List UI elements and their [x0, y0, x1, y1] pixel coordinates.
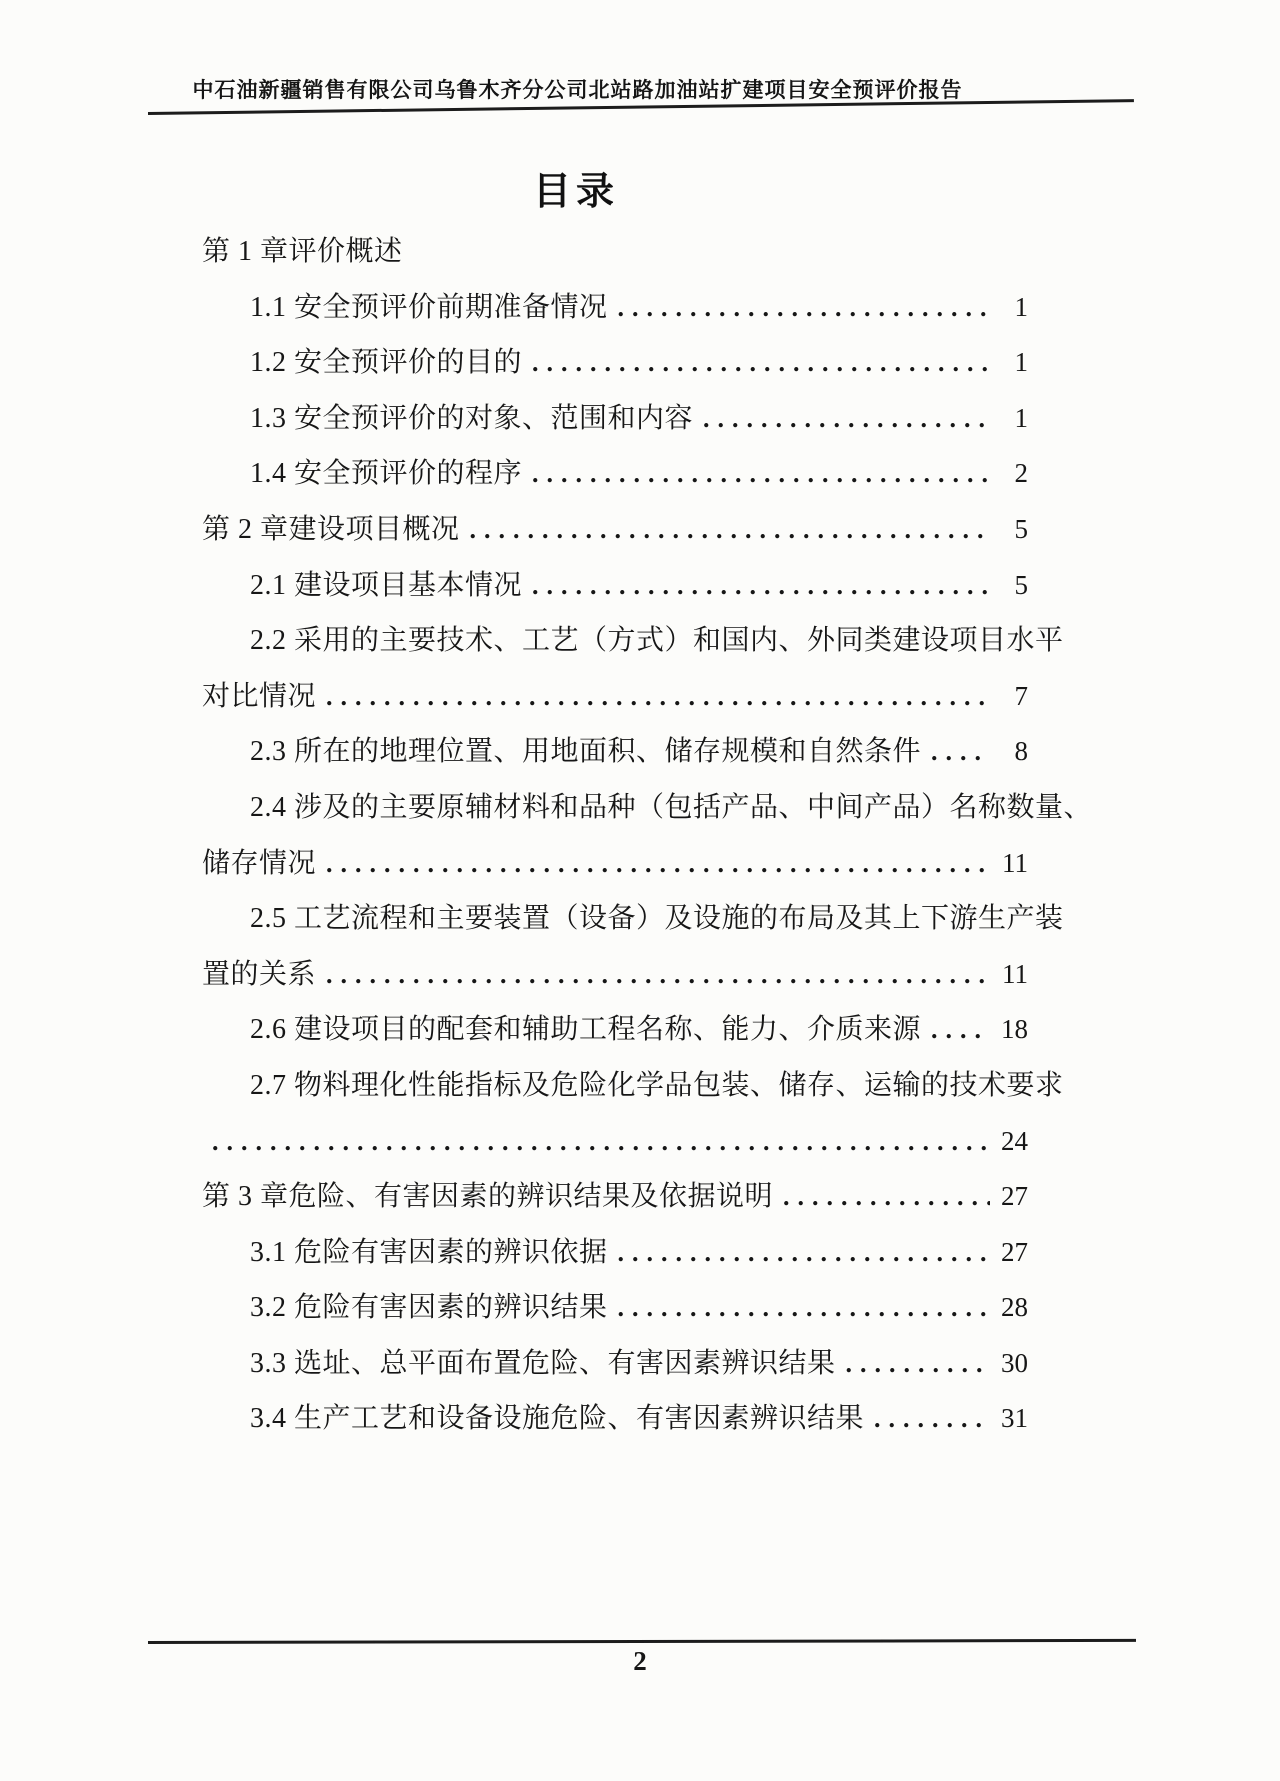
toc-entry-label: 2.5 工艺流程和主要装置（设备）及设施的布局及其上下游生产装: [250, 891, 1064, 947]
toc-entry-page: 30: [998, 1336, 1028, 1392]
toc-entry-label: 1.1 安全预评价前期准备情况: [250, 280, 608, 336]
toc-entry-page: 7: [998, 669, 1028, 725]
toc-dot-leader: [618, 1280, 990, 1336]
toc-dot-leader: [846, 1336, 990, 1392]
toc-entry-label: 对比情况: [202, 669, 316, 725]
toc-entry-page: 8: [998, 724, 1028, 780]
toc-row: 2.5 工艺流程和主要装置（设备）及设施的布局及其上下游生产装: [200, 891, 1028, 947]
toc-entry-label: 2.3 所在的地理位置、用地面积、储存规模和自然条件: [250, 724, 921, 780]
toc-dot-leader: [874, 1391, 990, 1447]
toc-entry-label: 储存情况: [202, 836, 316, 892]
toc-entry-label: 1.3 安全预评价的对象、范围和内容: [250, 391, 693, 447]
toc-row: 第 2 章建设项目概况 5: [200, 502, 1028, 558]
toc-entry-label: 2.7 物料理化性能指标及危险化学品包装、储存、运输的技术要求: [250, 1058, 1064, 1114]
toc-dot-leader: [326, 669, 990, 725]
toc-entry-page: 18: [998, 1002, 1028, 1058]
toc-row: 2.6 建设项目的配套和辅助工程名称、能力、介质来源 18: [200, 1002, 1028, 1058]
toc-row: 3.4 生产工艺和设备设施危险、有害因素辨识结果 31: [200, 1391, 1028, 1447]
toc-entry-label: 3.4 生产工艺和设备设施危险、有害因素辨识结果: [250, 1391, 864, 1447]
toc-row: 3.3 选址、总平面布置危险、有害因素辨识结果 30: [200, 1336, 1028, 1392]
page-header-title: 中石油新疆销售有限公司乌鲁木齐分公司北站路加油站扩建项目安全预评价报告: [0, 74, 1155, 104]
toc-row: 1.1 安全预评价前期准备情况 1: [200, 280, 1028, 336]
toc-entry-page: 11: [998, 836, 1028, 892]
toc-row: 储存情况 11: [200, 836, 1028, 892]
toc-entry-label: 1.2 安全预评价的目的: [250, 335, 522, 391]
toc-entry-label: 2.2 采用的主要技术、工艺（方式）和国内、外同类建设项目水平: [250, 613, 1064, 669]
toc-row: 对比情况 7: [200, 669, 1028, 725]
toc-row: 2.2 采用的主要技术、工艺（方式）和国内、外同类建设项目水平: [200, 613, 1028, 669]
toc-dot-leader: [618, 280, 990, 336]
toc-dot-leader: [783, 1169, 990, 1225]
toc-dot-leader: [931, 724, 990, 780]
toc-row: 第 3 章危险、有害因素的辨识结果及依据说明 27: [200, 1169, 1028, 1225]
toc-title: 目录: [0, 160, 1152, 215]
toc-entry-label: 2.6 建设项目的配套和辅助工程名称、能力、介质来源: [250, 1002, 921, 1058]
toc-entry-page: 27: [998, 1169, 1028, 1225]
toc-entry-page: 5: [998, 502, 1028, 558]
toc-entry-label: 第 2 章建设项目概况: [202, 502, 460, 558]
toc-row: 1.4 安全预评价的程序 2: [200, 446, 1028, 502]
toc-row: 第 1 章评价概述: [200, 224, 1028, 280]
toc-entry-label: 3.2 危险有害因素的辨识结果: [250, 1280, 608, 1336]
footer-page-number: 2: [0, 1646, 1280, 1677]
toc-list: 第 1 章评价概述 1.1 安全预评价前期准备情况 1 1.2 安全预评价的目的…: [200, 224, 1028, 1447]
toc-entry-page: 2: [998, 446, 1028, 502]
toc-dot-leader: [532, 335, 990, 391]
document-page: 中石油新疆销售有限公司乌鲁木齐分公司北站路加油站扩建项目安全预评价报告 目录 第…: [0, 0, 1280, 1781]
toc-entry-label: 2.4 涉及的主要原辅材料和品种（包括产品、中间产品）名称数量、: [250, 780, 1092, 836]
toc-dot-leader: [532, 558, 990, 614]
toc-row: 2.1 建设项目基本情况 5: [200, 558, 1028, 614]
toc-dot-leader: [470, 502, 990, 558]
toc-entry-label: 置的关系: [202, 947, 316, 1003]
toc-entry-label: 3.1 危险有害因素的辨识依据: [250, 1225, 608, 1281]
toc-dot-leader: [703, 391, 990, 447]
toc-entry-page: 24: [998, 1114, 1028, 1170]
toc-entry-label: 第 3 章危险、有害因素的辨识结果及依据说明: [202, 1169, 773, 1225]
toc-entry-page: 1: [998, 280, 1028, 336]
toc-dot-leader: [618, 1225, 990, 1281]
toc-entry-label: 2.1 建设项目基本情况: [250, 558, 522, 614]
toc-entry-page: 11: [998, 947, 1028, 1003]
toc-entry-label: 3.3 选址、总平面布置危险、有害因素辨识结果: [250, 1336, 836, 1392]
toc-entry-label: 第 1 章评价概述: [202, 224, 403, 280]
toc-row: 2.3 所在的地理位置、用地面积、储存规模和自然条件 8: [200, 724, 1028, 780]
toc-entry-page: 5: [998, 558, 1028, 614]
toc-entry-page: 1: [998, 391, 1028, 447]
toc-dot-leader: [212, 1114, 990, 1170]
toc-entry-label: 1.4 安全预评价的程序: [250, 446, 522, 502]
toc-row: 1.2 安全预评价的目的 1: [200, 335, 1028, 391]
toc-dot-leader: [931, 1002, 990, 1058]
toc-row: 置的关系 11: [200, 947, 1028, 1003]
toc-row: 1.3 安全预评价的对象、范围和内容 1: [200, 391, 1028, 447]
footer-rule: [148, 1639, 1136, 1644]
toc-row: 3.2 危险有害因素的辨识结果 28: [200, 1280, 1028, 1336]
toc-row: 24: [200, 1114, 1028, 1170]
toc-row: 3.1 危险有害因素的辨识依据 27: [200, 1225, 1028, 1281]
toc-entry-page: 27: [998, 1225, 1028, 1281]
toc-entry-page: 28: [998, 1280, 1028, 1336]
toc-dot-leader: [326, 947, 990, 1003]
toc-dot-leader: [326, 836, 990, 892]
toc-entry-page: 31: [998, 1391, 1028, 1447]
toc-row: 2.7 物料理化性能指标及危险化学品包装、储存、运输的技术要求: [200, 1058, 1028, 1114]
toc-dot-leader: [532, 446, 990, 502]
toc-entry-page: 1: [998, 335, 1028, 391]
toc-row: 2.4 涉及的主要原辅材料和品种（包括产品、中间产品）名称数量、: [200, 780, 1028, 836]
